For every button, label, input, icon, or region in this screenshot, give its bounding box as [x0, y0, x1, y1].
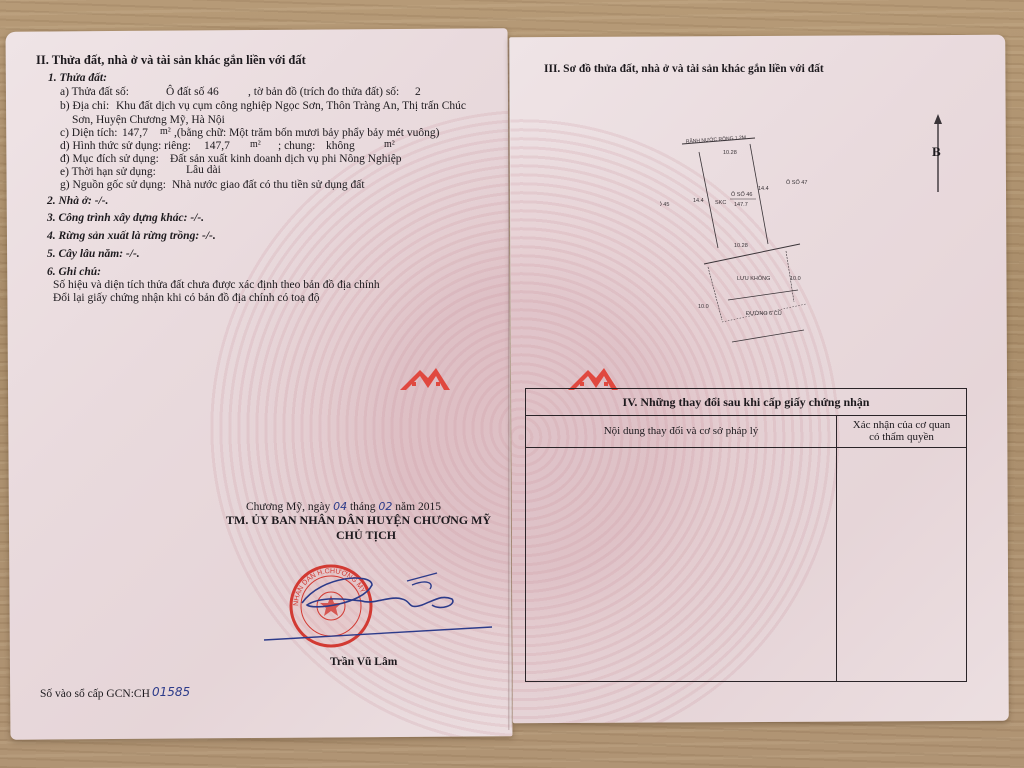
usage-shared-value: không: [326, 140, 355, 153]
signing-place: Chương Mỹ, ngày: [246, 501, 330, 513]
page-fold: [508, 40, 511, 730]
usage-shared-unit: m²: [384, 138, 395, 151]
handwritten-signature: [262, 565, 502, 645]
map-sheet-value: 2: [415, 86, 421, 99]
planted-forest-item: 4. Rừng sản xuất là rừng trồng: -/-.: [47, 230, 216, 243]
other-construction-value: -/-.: [190, 212, 204, 224]
usage-private-value: 147,7: [204, 140, 230, 153]
land-plot-diagram: RÃNH NƯỚC RỘNG 1,2M 10.28 14.4 14.4 SKC …: [660, 130, 860, 360]
col2-line1: Xác nhận của cơ quan: [853, 419, 950, 431]
area-in-words: ,(bằng chữ: Một trăm bốn mươi bảy phẩy b…: [174, 127, 439, 140]
section-ii-title: II. Thửa đất, nhà ở và tài sản khác gắn …: [36, 54, 306, 67]
address-line-2: Sơn, Huyện Chương Mỹ, Hà Nội: [72, 114, 225, 127]
notes-line-2: Đổi lại giấy chứng nhận khi có bản đồ đị…: [53, 292, 320, 305]
changes-table-header: Nội dung thay đổi và cơ sở pháp lý Xác n…: [526, 415, 966, 448]
perennial-trees-value: -/-.: [126, 248, 140, 260]
top-road-label: RÃNH NƯỚC RỘNG 1,2M: [686, 134, 747, 145]
planted-forest-value: -/-.: [202, 230, 216, 242]
right-neighbor: Ô SỐ 47: [786, 179, 807, 186]
street-label: ĐƯỜNG 6 CŨ: [746, 310, 782, 317]
table-column-divider: [836, 415, 837, 681]
north-label: B: [932, 144, 941, 159]
right-side-length: 14.4: [758, 186, 769, 192]
registry-label: Số vào sổ cấp GCN:CH: [40, 688, 150, 701]
lot-label: Ô SỐ 46: [731, 191, 752, 198]
area-value: 147,7: [122, 127, 148, 140]
col-change-content: Nội dung thay đổi và cơ sở pháp lý: [526, 415, 836, 447]
setback-left: 10.0: [698, 304, 709, 310]
other-construction-item: 3. Công trình xây dựng khác: -/-.: [47, 212, 204, 225]
purpose-label: đ) Mục đích sử dụng:: [60, 153, 159, 166]
signing-day: 04: [333, 500, 347, 513]
changes-table-title: IV. Những thay đổi sau khi cấp giấy chứn…: [526, 389, 966, 416]
issuing-authority: TM. ỦY BAN NHÂN DÂN HUYỆN CHƯƠNG MỸ: [226, 514, 491, 527]
other-construction-label: 3. Công trình xây dựng khác:: [47, 212, 187, 224]
perennial-trees-label: 5. Cây lâu năm:: [47, 248, 123, 260]
address-label: b) Địa chỉ:: [60, 100, 109, 113]
left-side-length: 14.4: [693, 198, 704, 204]
area-label: c) Diện tích:: [60, 127, 117, 140]
left-neighbor: Ô SỐ 45: [660, 201, 669, 208]
notes-line-1: Số hiệu và diện tích thửa đất chưa được …: [53, 279, 380, 292]
signing-month-label: tháng: [350, 501, 376, 513]
col-authority-confirmation: Xác nhận của cơ quan có thẩm quyền: [837, 415, 966, 447]
address-line-1: Khu đất dịch vụ cụm công nghiệp Ngọc Sơn…: [116, 100, 466, 113]
setback-right: 10.0: [790, 276, 801, 282]
usage-shared-label: ; chung:: [278, 140, 315, 153]
land-number-label: a) Thửa đất số:: [60, 86, 129, 99]
notes-heading: 6. Ghi chú:: [47, 266, 101, 279]
signing-year: năm 2015: [395, 501, 441, 513]
term-label: e) Thời hạn sử dụng:: [60, 166, 156, 179]
bottom-width: 10.28: [734, 243, 748, 249]
origin-value: Nhà nước giao đất có thu tiền sử dụng đấ…: [172, 179, 365, 192]
term-value: Lâu dài: [186, 164, 221, 177]
registry-number: 01585: [152, 686, 190, 699]
house-watermark-logo: [398, 362, 452, 392]
perennial-trees-item: 5. Cây lâu năm: -/-.: [47, 248, 140, 261]
changes-table: IV. Những thay đổi sau khi cấp giấy chứn…: [525, 388, 967, 682]
section-iii-title: III. Sơ đồ thửa đất, nhà ở và tài sản kh…: [544, 63, 824, 76]
setback-label: LƯU KHÔNG: [737, 275, 770, 282]
lot-area: 147.7: [734, 202, 748, 208]
north-arrow-icon: B: [926, 112, 950, 196]
signer-title: CHỦ TỊCH: [336, 529, 396, 542]
land-code: SKC: [715, 200, 726, 206]
house-label: 2. Nhà ở:: [47, 195, 92, 207]
origin-label: g) Nguồn gốc sử dụng:: [60, 179, 166, 192]
area-unit: m²: [160, 125, 171, 138]
house-item: 2. Nhà ở: -/-.: [47, 195, 108, 208]
planted-forest-label: 4. Rừng sản xuất là rừng trồng:: [47, 230, 199, 242]
map-sheet-label: , tờ bản đồ (trích đo thửa đất) số:: [248, 86, 399, 99]
usage-private-unit: m²: [250, 138, 261, 151]
col2-line2: có thẩm quyền: [869, 431, 934, 443]
signing-date: Chương Mỹ, ngày 04 tháng 02 năm 2015: [246, 500, 441, 514]
top-width: 10.28: [723, 150, 737, 156]
land-number-value: Ô đất số 46: [166, 86, 219, 99]
land-heading: 1. Thửa đất:: [48, 72, 107, 85]
signer-name: Trần Vũ Lâm: [330, 656, 397, 669]
house-value: -/-.: [95, 195, 109, 207]
signing-month: 02: [378, 500, 392, 513]
usage-form-label: d) Hình thức sử dụng: riêng:: [60, 140, 191, 153]
